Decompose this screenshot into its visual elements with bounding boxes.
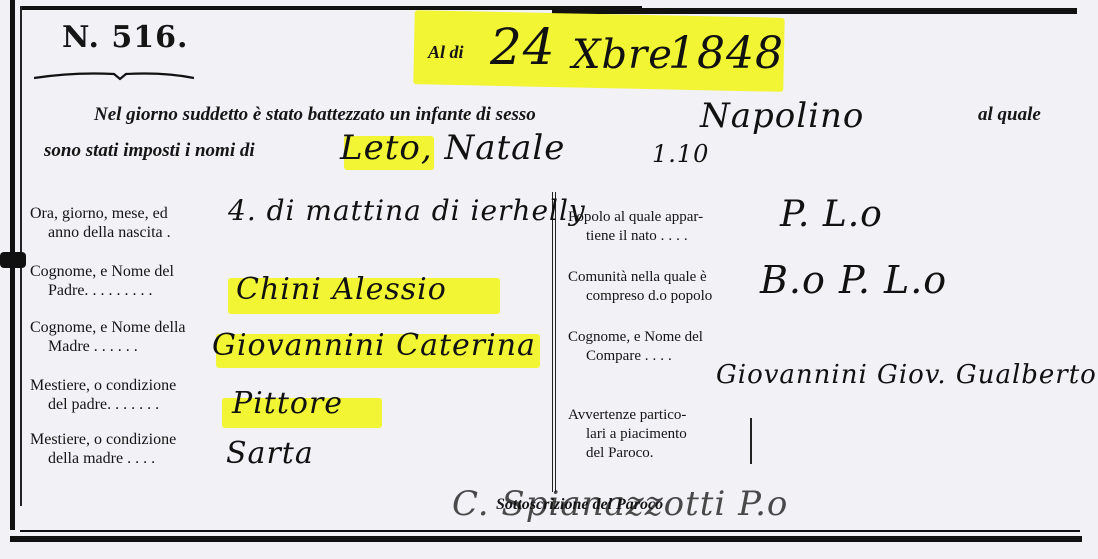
label-dots: .... [645, 348, 676, 364]
ornamental-swash-icon [34, 70, 194, 82]
intro-suffix: al quale [978, 104, 1041, 126]
ink-blot [0, 252, 26, 268]
field-father-value: Chini Alessio [236, 272, 447, 307]
label-dots: .... [127, 450, 159, 467]
date-month: Xbre [572, 32, 673, 78]
field-community-label: Comunità nella quale è compreso d.o popo… [568, 268, 712, 306]
label-line: tiene il nato [586, 228, 657, 244]
label-dots: ........ [92, 282, 156, 299]
label-line: Popolo al quale appar- [568, 208, 703, 227]
field-notes-label: Avvertenze partico- lari a piacimento de… [568, 406, 687, 463]
field-mother-job-value: Sarta [226, 436, 314, 471]
label-line: della madre [48, 450, 123, 467]
label-line: Comunità nella quale è [568, 268, 712, 287]
field-mother-value: Giovannini Caterina [212, 328, 536, 363]
label-dots: ...... [94, 338, 142, 355]
label-line: Mestiere, o condizione [30, 376, 176, 395]
label-line: lari a piacimento [586, 426, 687, 442]
label-dots: ...... [115, 396, 163, 413]
field-godfather-label: Cognome, e Nome del Compare .... [568, 328, 703, 366]
label-line: Compare [586, 348, 641, 364]
label-line: anno della nascita [48, 224, 163, 241]
signature-value: C. Spianazzotti P.o [452, 484, 788, 524]
date-day: 24 [490, 18, 556, 76]
field-mother-label: Cognome, e Nome della Madre ...... [30, 318, 186, 356]
field-father-label: Cognome, e Nome del Padre. ........ [30, 262, 174, 300]
intro-text-1: Nel giorno suddetto è stato battezzato u… [94, 104, 536, 126]
field-godfather-value: Giovannini Giov. Gualberto [716, 360, 1097, 390]
field-birth-label: Ora, giorno, mese, ed anno della nascita… [30, 204, 175, 242]
frame-border-top-right [552, 8, 1077, 14]
sex-value: Napolino [700, 96, 864, 136]
label-line: compreso d.o popolo [586, 288, 712, 304]
field-community-value: B.o P. L.o [760, 258, 947, 302]
label-line: Cognome, e Nome del [30, 262, 174, 281]
baptismal-names: Leto, Natale [340, 128, 565, 168]
field-parish-label: Popolo al quale appar- tiene il nato ...… [568, 208, 703, 246]
field-parish-value: P. L.o [780, 194, 883, 235]
field-father-job-label: Mestiere, o condizione del padre. ...... [30, 376, 176, 414]
date-prefix: Al di [428, 42, 464, 63]
intro-text-2: sono stati imposti i nomi di [44, 140, 255, 162]
label-line: Ora, giorno, mese, ed [30, 204, 175, 223]
field-father-job-value: Pittore [232, 386, 343, 421]
label-dots: . [167, 224, 175, 241]
label-line: Mestiere, o condizione [30, 430, 176, 449]
label-line: del padre. [48, 396, 111, 413]
frame-border-top-left [22, 6, 642, 10]
frame-border-bottom-inner [20, 530, 1080, 532]
column-divider [552, 192, 556, 492]
notes-brace [750, 418, 752, 464]
label-line: Padre. [48, 282, 88, 299]
label-line: Avvertenze partico- [568, 406, 687, 425]
names-extra: 1.10 [652, 140, 709, 168]
label-line: Madre [48, 338, 90, 355]
field-birth-value: 4. di mattina di ierhelly [228, 194, 586, 227]
frame-border-bottom-outer [10, 536, 1082, 542]
label-dots: .... [661, 228, 692, 244]
label-line: Cognome, e Nome della [30, 318, 186, 337]
label-line: Cognome, e Nome del [568, 328, 703, 347]
date-year: 1848 [668, 28, 784, 79]
record-number: N. 516. [62, 20, 188, 55]
label-line: del Paroco. [586, 445, 653, 461]
field-mother-job-label: Mestiere, o condizione della madre .... [30, 430, 176, 468]
